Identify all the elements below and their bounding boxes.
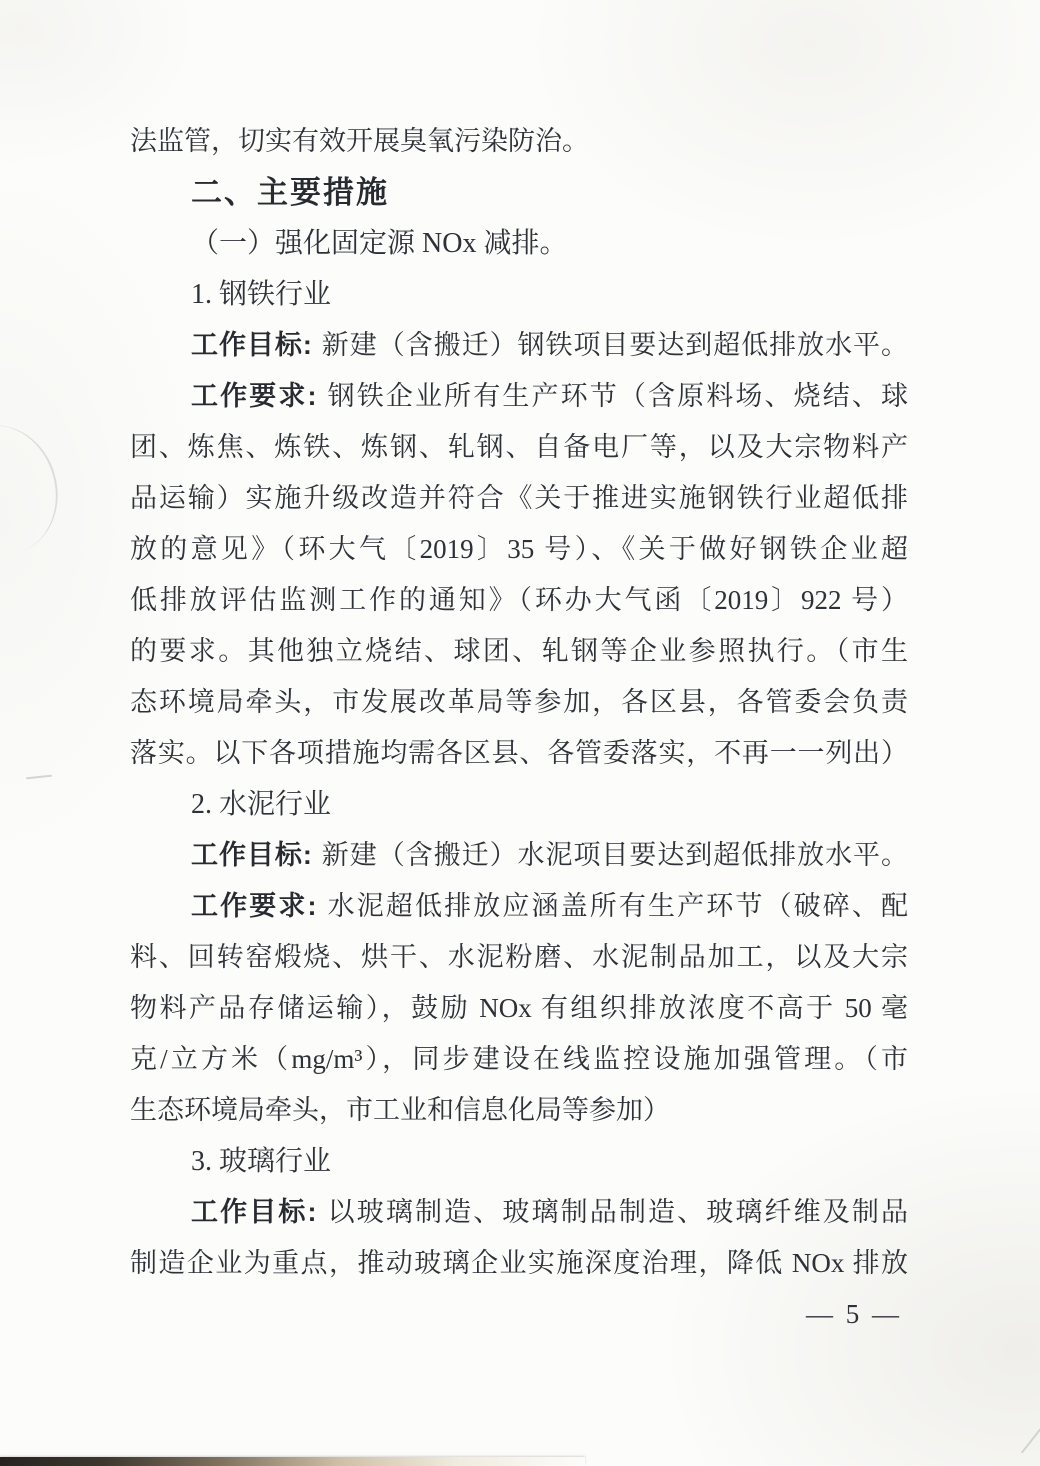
body-line: 制造企业为重点，推动玻璃企业实施深度治理，降低 NOx 排放 bbox=[130, 1238, 908, 1289]
body-line: 品运输）实施升级改造并符合《关于推进实施钢铁行业超低排 bbox=[130, 473, 908, 524]
scan-speck-artifact bbox=[1021, 1429, 1040, 1454]
body-line: 落实。以下各项措施均需各区县、各管委落实，不再一一列出） bbox=[130, 728, 908, 779]
item-heading: 3. 玻璃行业 bbox=[130, 1136, 908, 1187]
labeled-line: 工作目标:新建（含搬迁）钢铁项目要达到超低排放水平。 bbox=[130, 320, 908, 371]
bold-label: 工作目标: bbox=[191, 330, 312, 360]
labeled-line: 工作目标:新建（含搬迁）水泥项目要达到超低排放水平。 bbox=[130, 830, 908, 881]
section-heading: 二、主要措施 bbox=[130, 167, 908, 218]
bold-label: 工作要求: bbox=[191, 381, 317, 411]
line-text: 水泥超低排放应涵盖所有生产环节（破碎、配 bbox=[326, 891, 909, 921]
scan-crease-artifact bbox=[0, 413, 72, 568]
scanned-document-page: { "page": { "colors": { "paper": "#fcfcf… bbox=[0, 0, 1040, 1466]
body-line: 料、回转窑煅烧、烘干、水泥粉磨、水泥制品加工，以及大宗 bbox=[130, 932, 908, 983]
labeled-line: 工作要求:水泥超低排放应涵盖所有生产环节（破碎、配 bbox=[130, 881, 908, 932]
scan-speck-artifact bbox=[26, 775, 52, 780]
body-line: 物料产品存储运输），鼓励 NOx 有组织排放浓度不高于 50 毫 bbox=[130, 983, 908, 1034]
bold-label: 工作目标: bbox=[191, 840, 312, 870]
body-line: 的要求。其他独立烧结、球团、轧钢等企业参照执行。（市生 bbox=[130, 626, 908, 677]
scan-edge-shadow-artifact bbox=[0, 1457, 585, 1466]
labeled-line: 工作目标:以玻璃制造、玻璃制品制造、玻璃纤维及制品 bbox=[130, 1187, 908, 1238]
bold-label: 工作要求: bbox=[191, 891, 317, 921]
subsection-heading: （一）强化固定源 NOx 减排。 bbox=[130, 218, 908, 269]
page-number: — 5 — bbox=[130, 1289, 908, 1340]
line-text: 新建（含搬迁）水泥项目要达到超低排放水平。 bbox=[321, 840, 908, 870]
body-line: 团、炼焦、炼铁、炼钢、轧钢、自备电厂等，以及大宗物料产 bbox=[130, 422, 908, 473]
body-line: 克/立方米（mg/m³），同步建设在线监控设施加强管理。（市 bbox=[130, 1034, 908, 1085]
item-heading: 2. 水泥行业 bbox=[130, 779, 908, 830]
item-heading: 1. 钢铁行业 bbox=[130, 269, 908, 320]
body-line: 生态环境局牵头，市工业和信息化局等参加） bbox=[130, 1085, 908, 1136]
body-line: 态环境局牵头，市发展改革局等参加，各区县，各管委会负责 bbox=[130, 677, 908, 728]
bold-label: 工作目标: bbox=[191, 1197, 317, 1227]
body-line: 放的意见》（环大气〔2019〕35 号）、《关于做好钢铁企业超 bbox=[130, 524, 908, 575]
line-text: 新建（含搬迁）钢铁项目要达到超低排放水平。 bbox=[321, 330, 908, 360]
line-text: 钢铁企业所有生产环节（含原料场、烧结、球 bbox=[326, 381, 909, 411]
body-line: 法监管，切实有效开展臭氧污染防治。 bbox=[130, 116, 908, 167]
document-body: 法监管，切实有效开展臭氧污染防治。 二、主要措施 （一）强化固定源 NOx 减排… bbox=[130, 116, 908, 1340]
labeled-line: 工作要求:钢铁企业所有生产环节（含原料场、烧结、球 bbox=[130, 371, 908, 422]
body-line: 低排放评估监测工作的通知》（环办大气函〔2019〕922 号） bbox=[130, 575, 908, 626]
line-text: 以玻璃制造、玻璃制品制造、玻璃纤维及制品 bbox=[326, 1197, 909, 1227]
